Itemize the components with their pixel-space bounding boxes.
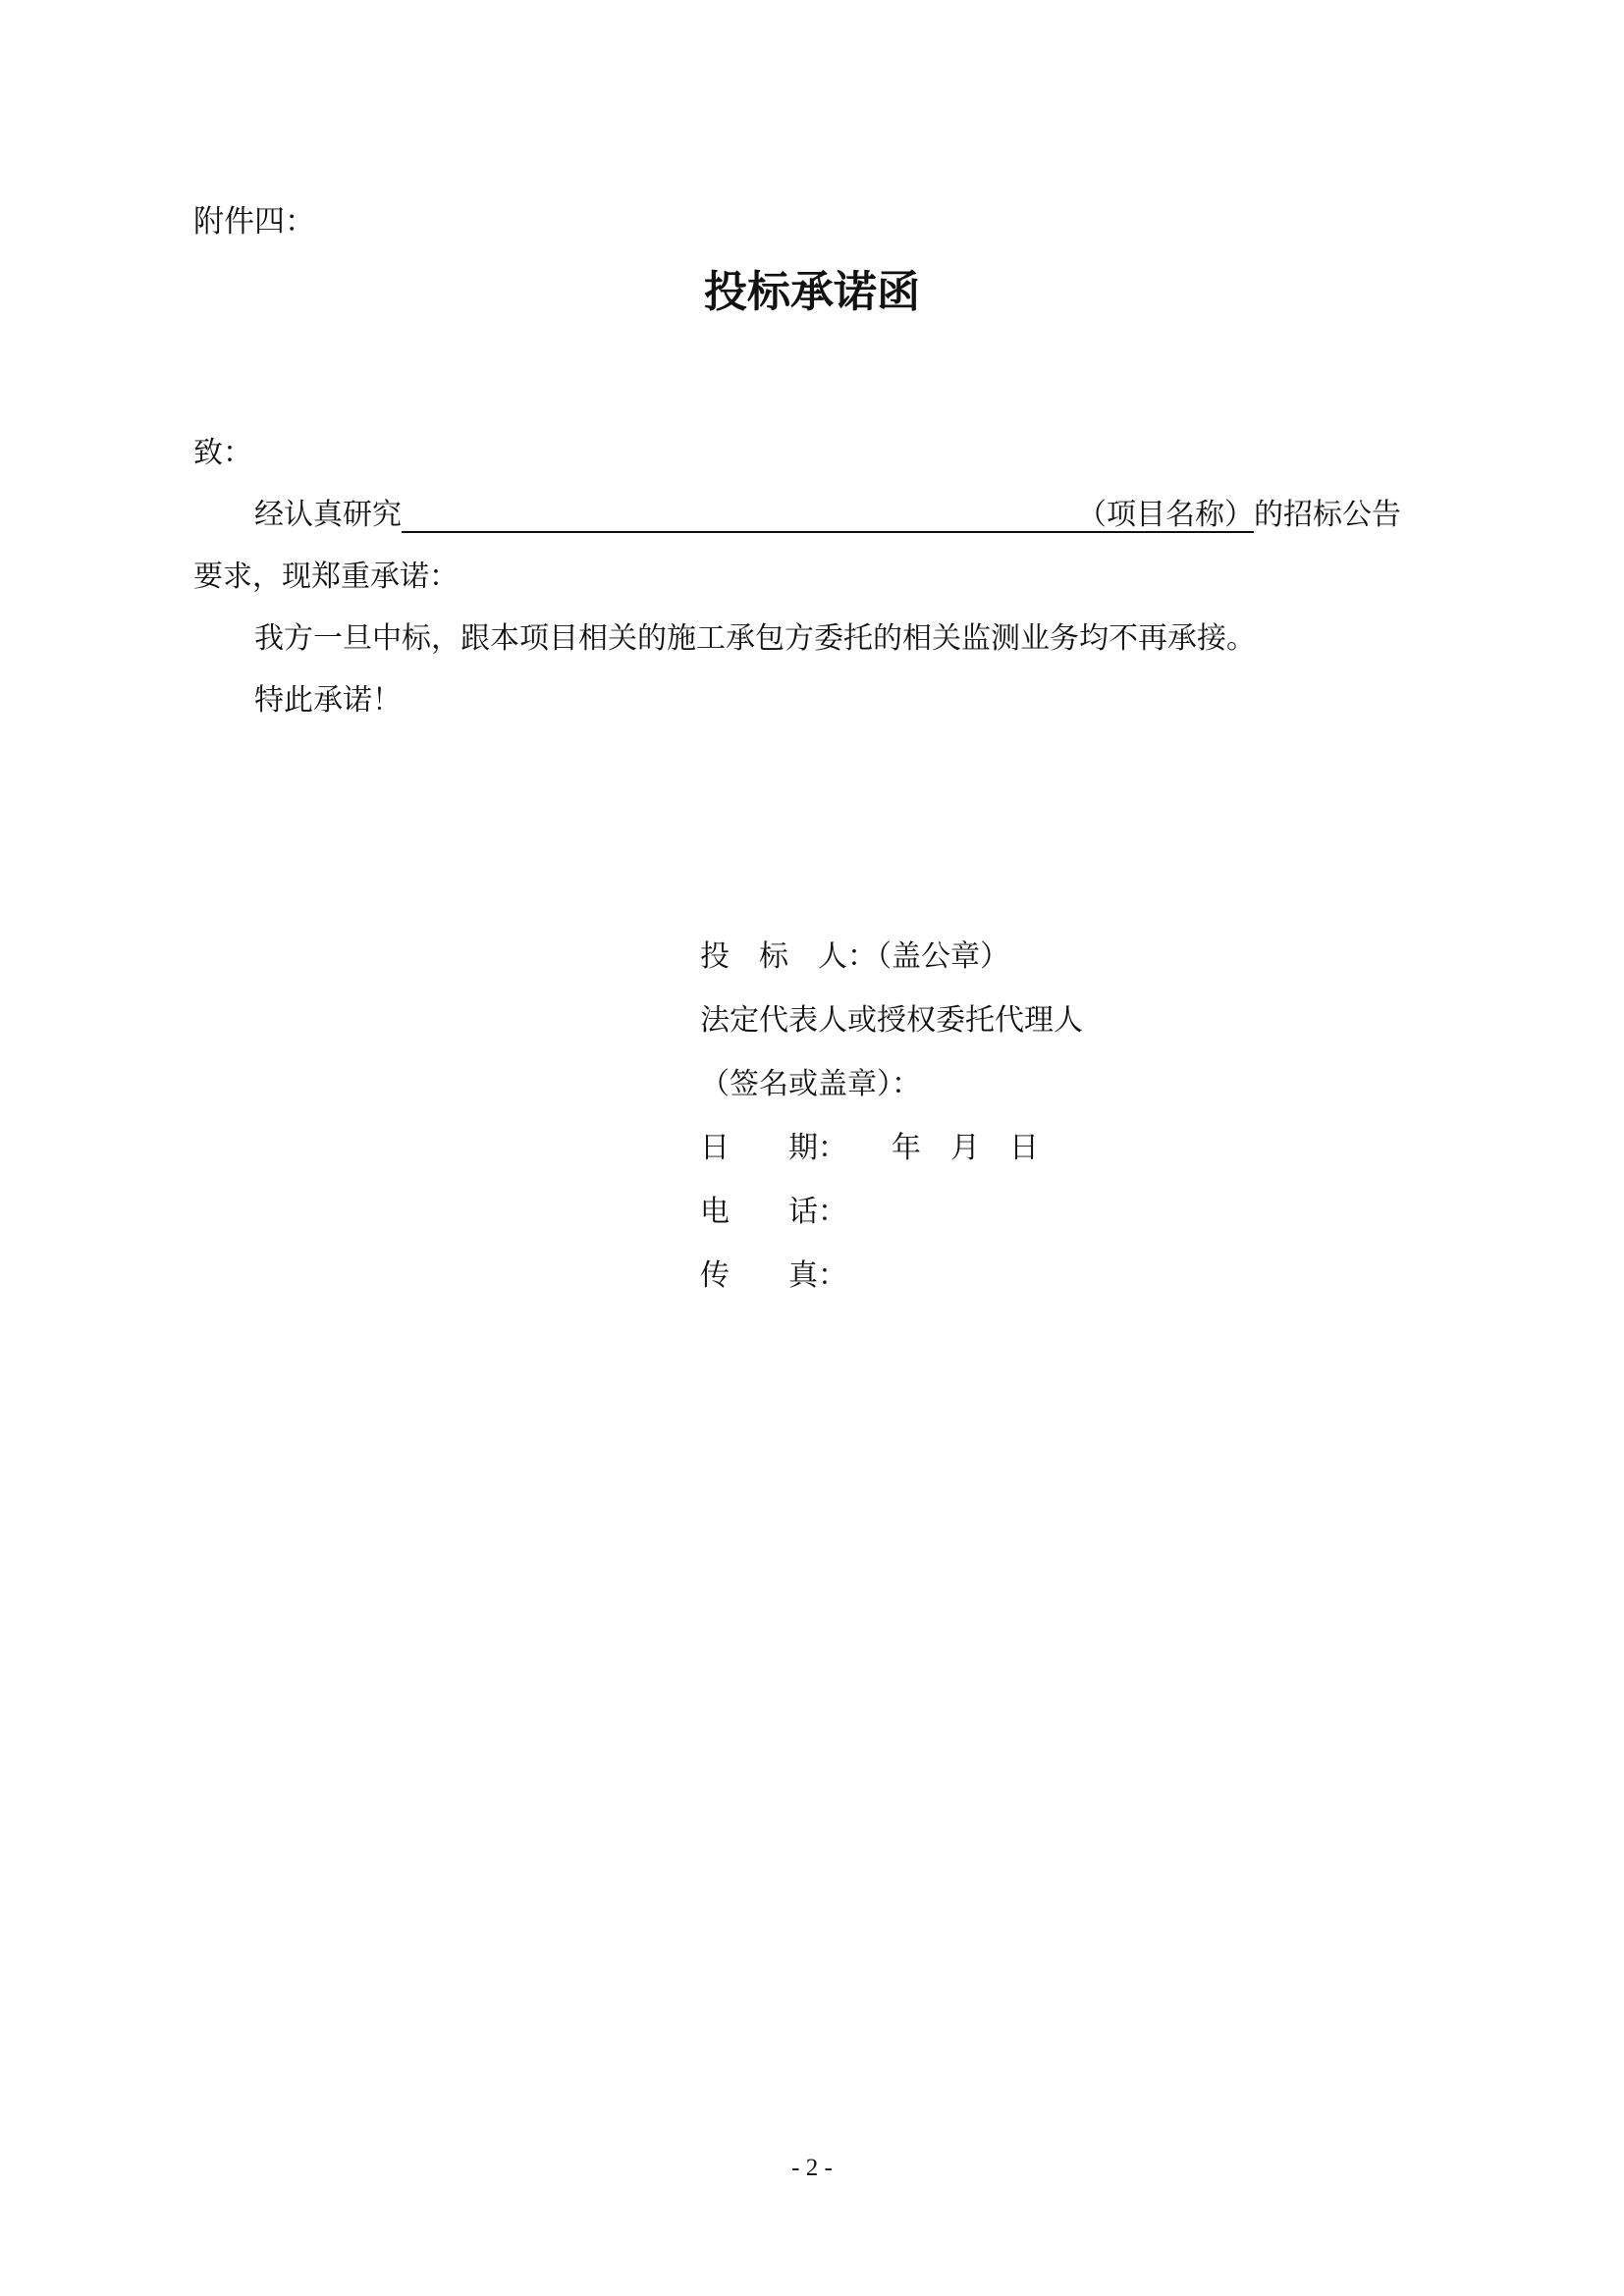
document-page: 附件四： 投标承诺函 致： 经认真研究（项目名称）的招标公告 要求，现郑重承诺：… bbox=[0, 0, 1624, 2296]
legal-representative-line: 法定代表人或授权委托代理人 bbox=[700, 988, 1083, 1052]
closing-line: 特此承诺！ bbox=[193, 669, 1445, 731]
commitment-line: 我方一旦中标，跟本项目相关的施工承包方委托的相关监测业务均不再承接。 bbox=[193, 608, 1445, 669]
project-name-blank: （项目名称） bbox=[402, 499, 1254, 533]
salutation-line: 致： bbox=[193, 422, 1445, 484]
document-title: 投标承诺函 bbox=[0, 267, 1624, 318]
page-number: - 2 - bbox=[0, 2153, 1624, 2184]
body-paragraphs: 致： 经认真研究（项目名称）的招标公告 要求，现郑重承诺： 我方一旦中标，跟本项… bbox=[193, 422, 1445, 731]
project-name-placeholder: （项目名称） bbox=[1077, 499, 1254, 531]
bidder-seal-line: 投 标 人：（盖公章） bbox=[700, 925, 1083, 988]
signature-block: 投 标 人：（盖公章） 法定代表人或授权委托代理人 （签名或盖章）： 日 期： … bbox=[700, 925, 1083, 1308]
attachment-label: 附件四： bbox=[193, 202, 315, 241]
fax-line: 传 真： bbox=[700, 1244, 1083, 1308]
phone-line: 电 话： bbox=[700, 1180, 1083, 1244]
intro-continuation-line: 要求，现郑重承诺： bbox=[193, 546, 1445, 608]
date-line: 日 期： 年 月 日 bbox=[700, 1116, 1083, 1180]
sign-or-seal-line: （签名或盖章）： bbox=[700, 1052, 1083, 1116]
intro-suffix: 的招标公告 bbox=[1254, 499, 1401, 531]
intro-line: 经认真研究（项目名称）的招标公告 bbox=[193, 484, 1445, 546]
intro-prefix: 经认真研究 bbox=[254, 499, 402, 531]
